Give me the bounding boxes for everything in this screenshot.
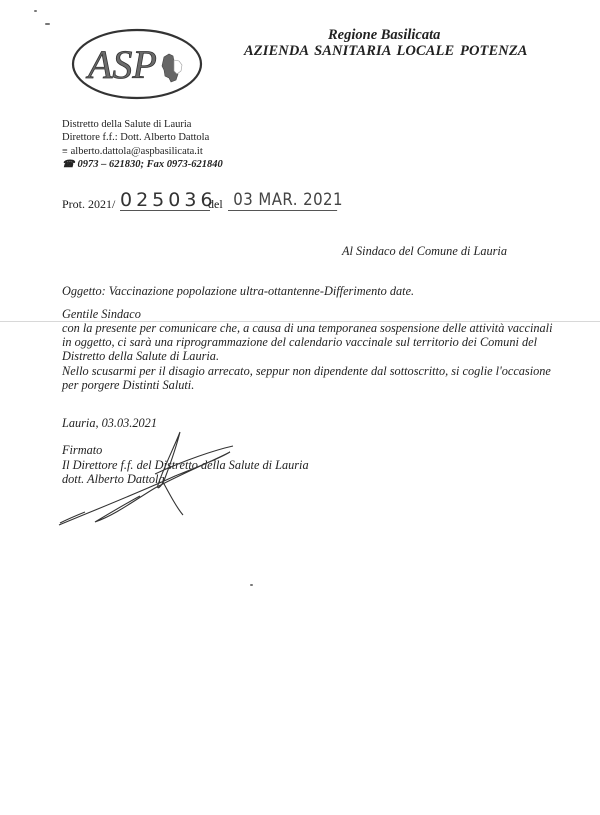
scan-speck [34,10,37,12]
body-line: Distretto della Salute di Lauria. [62,349,592,363]
phone-fax: 0973 – 621830; Fax 0973-621840 [77,159,222,170]
handwritten-signature [55,430,245,530]
scan-speck [45,23,50,25]
body-line: con la presente per comunicare che, a ca… [62,321,592,335]
agency-title: AZIENDA SANITARIA LOCALE POTENZA [244,43,528,60]
email-icon: ≡ [62,145,68,158]
district-name: Distretto della Salute di Lauria [62,118,223,131]
body-line: per porgere Distinti Saluti. [62,378,592,392]
scan-speck [250,584,253,586]
phone-line: ☎0973 – 621830; Fax 0973-621840 [62,158,223,171]
greeting: Gentile Sindaco [62,307,141,322]
body-line: in oggetto, ci sarà una riprogrammazione… [62,335,592,349]
protocol-prefix: Prot. 2021/ [62,197,115,212]
recipient: Al Sindaco del Comune di Lauria [342,244,507,259]
body-line: Nello scusarmi per il disagio arrecato, … [62,364,592,378]
subject-line: Oggetto: Vaccinazione popolazione ultra-… [62,284,414,299]
letter-body: con la presente per comunicare che, a ca… [62,321,592,392]
place-date: Lauria, 03.03.2021 [62,416,157,431]
email-address[interactable]: alberto.dattola@aspbasilicata.it [71,146,203,157]
contact-block: Distretto della Salute di Lauria Diretto… [62,118,223,172]
telephone-icon: ☎ [62,158,74,171]
asp-logo: ASP [70,26,204,102]
asp-logo-icon: ASP [70,26,204,102]
date-stamp: 03 MAR. 2021 [228,190,337,211]
svg-text:ASP: ASP [85,42,157,87]
director-name: Direttore f.f.: Dott. Alberto Dattola [62,131,223,144]
del-label: del [208,197,223,212]
region-title: Regione Basilicata [328,27,440,44]
protocol-number: 025036 [120,190,210,211]
email-line: ≡alberto.dattola@aspbasilicata.it [62,145,223,158]
